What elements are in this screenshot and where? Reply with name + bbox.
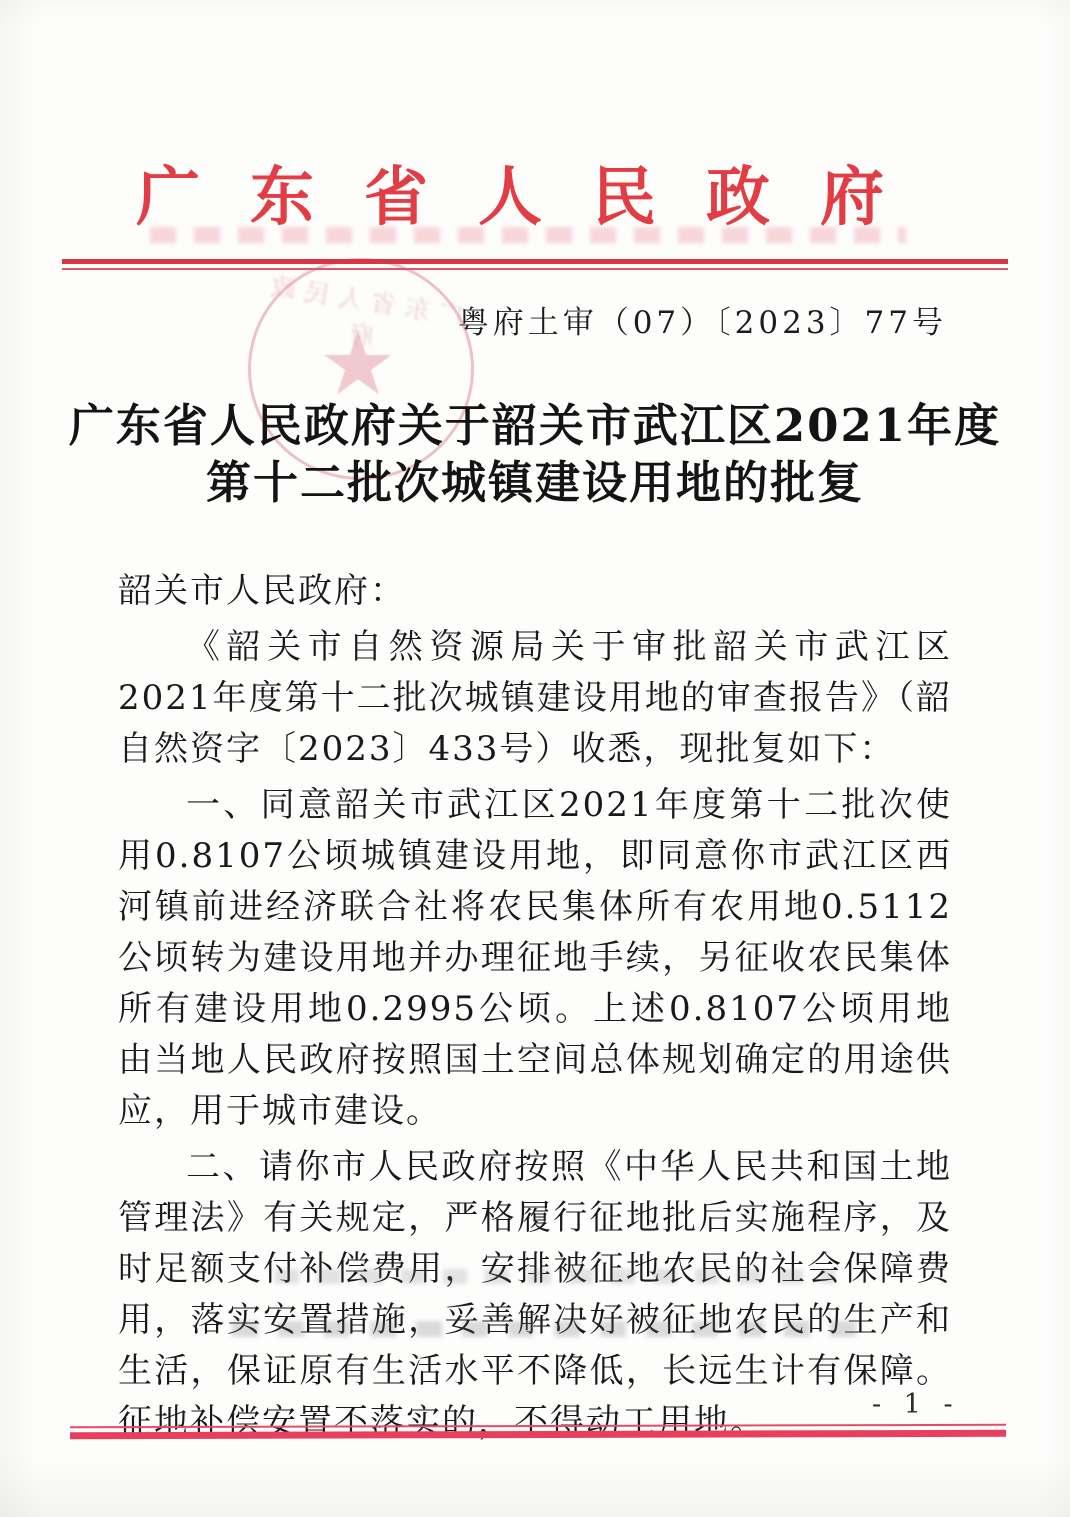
- paragraph-item-2: 二、请你市人民政府按照《中华人民共和国土地管理法》有关规定，严格履行征地批后实施…: [118, 1142, 952, 1448]
- document-title-line2: 第十二批次城镇建设用地的批复: [60, 454, 1010, 511]
- document-body: 韶关市人民政府： 《韶关市自然资源局关于审批韶关市武江区2021年度第十二批次城…: [118, 566, 952, 1448]
- page-number: - 1 -: [872, 1389, 960, 1420]
- document-number: 粤府土审（07）〔2023〕77号: [458, 297, 947, 342]
- salutation: 韶关市人民政府：: [118, 566, 952, 617]
- document-title-line1: 广东省人民政府关于韶关市武江区2021年度: [60, 397, 1010, 454]
- masthead-rule-thick: [62, 259, 1008, 264]
- bottom-edge-lines: [70, 1424, 1006, 1439]
- seal-arc-text: 广东省人民政府: [248, 268, 472, 369]
- paragraph-intro: 《韶关市自然资源局关于审批韶关市武江区2021年度第十二批次城镇建设用地的审查报…: [118, 622, 952, 775]
- masthead-title: 广东省人民政府: [26, 146, 1044, 238]
- paragraph-item-1: 一、同意韶关市武江区2021年度第十二批次使用0.8107公顷城镇建设用地，即同…: [118, 780, 952, 1137]
- document-title: 广东省人民政府关于韶关市武江区2021年度 第十二批次城镇建设用地的批复: [60, 397, 1010, 511]
- masthead-rule-thin: [62, 268, 1008, 270]
- scanned-document-page: 广东省人民政府 ★ 广东省人民政府 粤府土审（07）〔2023〕77号 广东省人…: [0, 0, 1070, 1517]
